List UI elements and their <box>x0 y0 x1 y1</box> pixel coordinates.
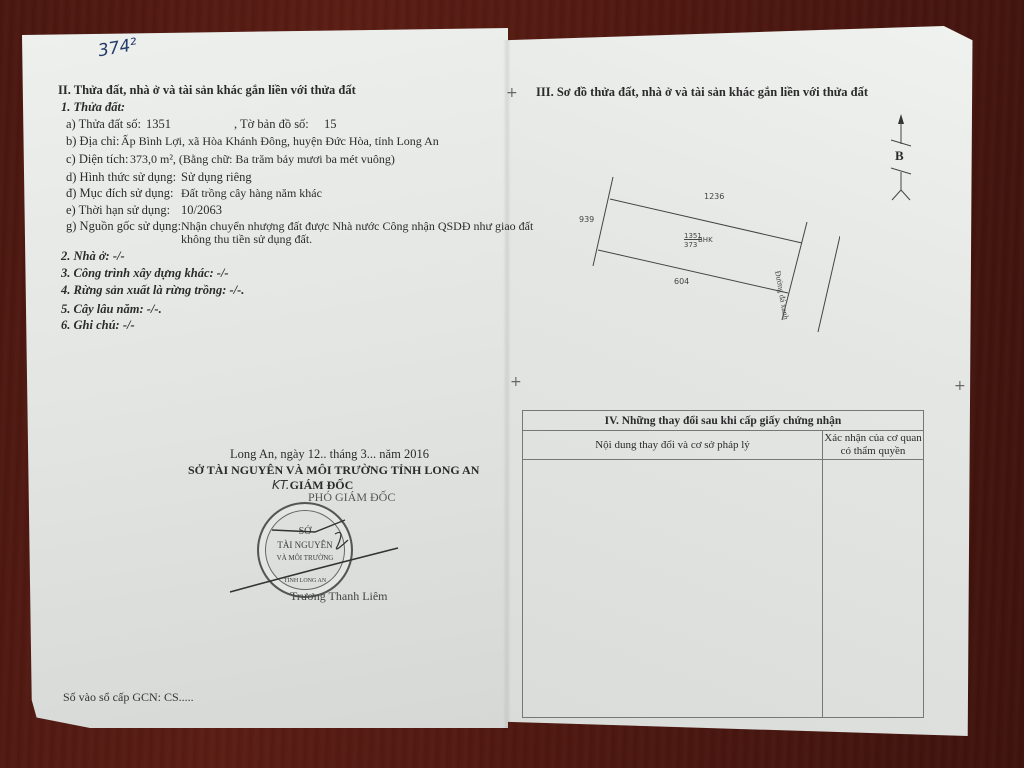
confirmation-header-line1: Xác nhận của cơ quan <box>824 432 921 444</box>
sketch-land-use-code: BHK <box>698 236 713 244</box>
address-label: b) Địa chỉ: <box>66 134 119 149</box>
parcel-sketch: 1236 939 604 1351 BHK 373 Đường đá xanh <box>560 170 840 340</box>
address-value: Ấp Bình Lợi, xã Hòa Khánh Đông, huyện Đứ… <box>121 134 439 149</box>
usage-purpose-label: đ) Mục đích sử dụng: <box>66 186 173 201</box>
changes-content-cell <box>523 460 823 718</box>
certificate-left-page <box>22 28 508 728</box>
signature-stroke <box>220 510 420 600</box>
registration-mark: + <box>954 378 966 394</box>
confirmation-header-line2: có thẩm quyền <box>841 445 906 457</box>
bottom-neighbor-parcel: 604 <box>674 277 689 286</box>
changes-col-confirmation-header: Xác nhận của cơ quan có thẩm quyền <box>823 431 924 460</box>
signer-name: Trương Thanh Liêm <box>290 589 388 604</box>
usage-origin-value-line2: không thu tiền sử dụng đất. <box>181 232 312 247</box>
parcel-number-label: a) Thửa đất số: <box>66 117 141 132</box>
other-construction-item: 3. Công trình xây dựng khác: -/- <box>61 266 229 281</box>
sketch-area: 373 <box>684 241 697 249</box>
parcel-number-value: 1351 <box>146 117 171 132</box>
map-sheet-label: , Tờ bản đồ số: <box>234 117 309 132</box>
registration-mark: + <box>506 85 518 101</box>
north-label: B <box>895 148 904 164</box>
registry-number: Số vào sổ cấp GCN: CS..... <box>63 690 194 705</box>
changes-confirmation-cell <box>823 460 924 718</box>
usage-purpose-value: Đất trồng cây hàng năm khác <box>181 186 322 201</box>
house-item: 2. Nhà ở: -/- <box>61 249 125 264</box>
production-forest-item: 4. Rừng sản xuất là rừng trồng: -/-. <box>61 283 244 298</box>
left-neighbor-parcel: 939 <box>579 215 594 224</box>
changes-table: IV. Những thay đổi sau khi cấp giấy chứn… <box>522 410 924 718</box>
usage-form-value: Sử dụng riêng <box>181 170 252 185</box>
usage-form-label: d) Hình thức sử dụng: <box>66 170 176 185</box>
signer-subtitle: PHÓ GIÁM ĐỐC <box>308 490 395 505</box>
subsection-parcel-title: 1. Thửa đất: <box>61 100 125 115</box>
area-value: 373,0 m², (Bằng chữ: Ba trăm bảy mươi ba… <box>130 152 395 167</box>
place-date: Long An, ngày 12.. tháng 3... năm 2016 <box>230 447 429 462</box>
perennial-trees-item: 5. Cây lâu năm: -/-. <box>61 302 162 317</box>
usage-origin-label: g) Nguồn gốc sử dụng: <box>66 219 181 234</box>
notes-item: 6. Ghi chú: -/- <box>61 318 135 333</box>
registration-mark: + <box>510 374 522 390</box>
changes-col-content-header: Nội dung thay đổi và cơ sở pháp lý <box>523 431 823 460</box>
section-iii-title: III. Sơ đồ thửa đất, nhà ở và tài sản kh… <box>536 85 868 100</box>
section-ii-title: II. Thửa đất, nhà ở và tài sản khác gắn … <box>58 83 356 98</box>
north-arrow: B <box>886 112 916 204</box>
title-prefix: KT. <box>272 478 290 492</box>
usage-term-label: e) Thời hạn sử dụng: <box>66 203 170 218</box>
map-sheet-value: 15 <box>324 117 337 132</box>
changes-table-title: IV. Những thay đổi sau khi cấp giấy chứn… <box>523 411 924 431</box>
area-label: c) Diện tích: <box>66 152 128 167</box>
top-neighbor-parcel: 1236 <box>704 192 724 201</box>
parcel-sketch-drawing <box>560 170 840 340</box>
issuing-agency: SỞ TÀI NGUYÊN VÀ MÔI TRƯỜNG TỈNH LONG AN <box>188 463 479 478</box>
usage-term-value: 10/2063 <box>181 203 222 218</box>
